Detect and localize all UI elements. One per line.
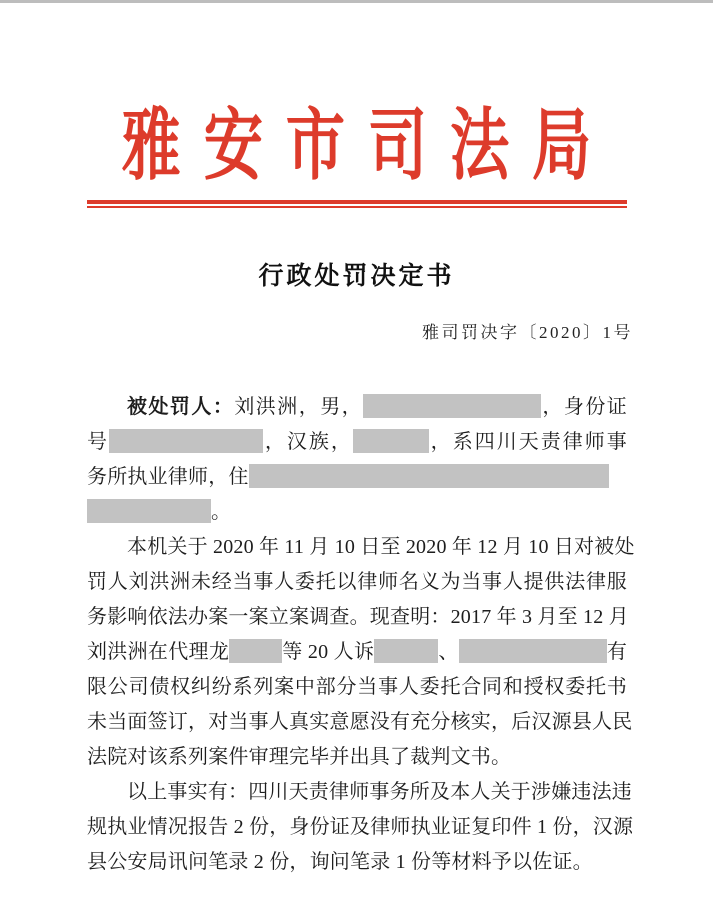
text-segment: ，身份证 [541,396,627,418]
text-segment: 。 [211,501,231,523]
text-segment: 有 [607,641,627,663]
text-segment: 务影响依法办案一案立案调查。现查明：2017 年 3 月至 12 月 [87,606,629,628]
text-segment: 、 [438,641,458,663]
body-line: 以上事实有：四川天责律师事务所及本人关于涉嫌违法违 [87,775,627,810]
body-line: 法院对该系列案件审理完毕并出具了裁判文书。 [87,740,627,775]
redaction-box [459,639,607,663]
body-line: 被处罚人：刘洪洲，男，，身份证 [87,390,627,425]
body-line: 务所执业律师，住 [87,460,627,495]
redaction-box [87,499,211,523]
text-segment: 规执业情况报告 2 份，身份证及律师执业证复印件 1 份，汉源 [87,816,633,838]
document-page: 雅安市司法局 行政处罚决定书 雅司罚决字〔2020〕1号 被处罚人：刘洪洲，男，… [0,0,713,905]
body-line: 务影响依法办案一案立案调查。现查明：2017 年 3 月至 12 月 [87,600,627,635]
redaction-box [249,464,609,488]
scan-top-edge [0,0,713,3]
letterhead-agency-name: 雅安市司法局 [86,100,628,192]
text-segment: 本机关于 2020 年 11 月 10 日至 2020 年 12 月 10 日对… [127,536,635,558]
redaction-box [374,639,438,663]
body-line: 县公安局讯问笔录 2 份，询问笔录 1 份等材料予以佐证。 [87,845,627,880]
document-body: 被处罚人：刘洪洲，男，，身份证号，汉族，，系四川天责律师事务所执业律师，住。本机… [87,390,627,880]
body-line: 未当面签订，对当事人真实意愿没有充分核实，后汉源县人民 [87,705,627,740]
text-segment: 法院对该系列案件审理完毕并出具了裁判文书。 [87,746,511,768]
document-number: 雅司罚决字〔2020〕1号 [87,321,633,345]
text-segment: 等 20 人诉 [282,641,374,663]
document-title: 行政处罚决定书 [0,261,713,293]
redaction-box [229,639,282,663]
body-line: 刘洪洲在代理龙等 20 人诉、有 [87,635,627,670]
text-segment: 务所执业律师，住 [87,466,249,488]
text-segment: 号 [87,431,109,453]
text-segment: 刘洪洲在代理龙 [87,641,229,663]
body-line: 罚人刘洪洲未经当事人委托以律师名义为当事人提供法律服 [87,565,627,600]
redaction-box [353,429,429,453]
text-segment: 限公司债权纠纷系列案中部分当事人委托合同和授权委托书 [87,676,627,698]
body-line: 规执业情况报告 2 份，身份证及律师执业证复印件 1 份，汉源 [87,810,627,845]
body-line: 号，汉族，，系四川天责律师事 [87,425,627,460]
body-line: 。 [87,495,627,530]
text-segment: 以上事实有：四川天责律师事务所及本人关于涉嫌违法违 [127,781,632,803]
redaction-box [363,394,541,418]
letterhead-rule [87,200,627,208]
text-segment: 罚人刘洪洲未经当事人委托以律师名义为当事人提供法律服 [87,571,627,593]
body-line: 本机关于 2020 年 11 月 10 日至 2020 年 12 月 10 日对… [87,530,627,565]
text-segment: ，汉族， [263,431,353,453]
text-segment: 被处罚人： [127,396,234,418]
body-line: 限公司债权纠纷系列案中部分当事人委托合同和授权委托书 [87,670,627,705]
text-segment: 未当面签订，对当事人真实意愿没有充分核实，后汉源县人民 [87,711,632,733]
text-segment: ，系四川天责律师事 [429,431,627,453]
text-segment: 县公安局讯问笔录 2 份，询问笔录 1 份等材料予以佐证。 [87,851,593,873]
redaction-box [109,429,263,453]
text-segment: 刘洪洲，男， [234,396,363,418]
